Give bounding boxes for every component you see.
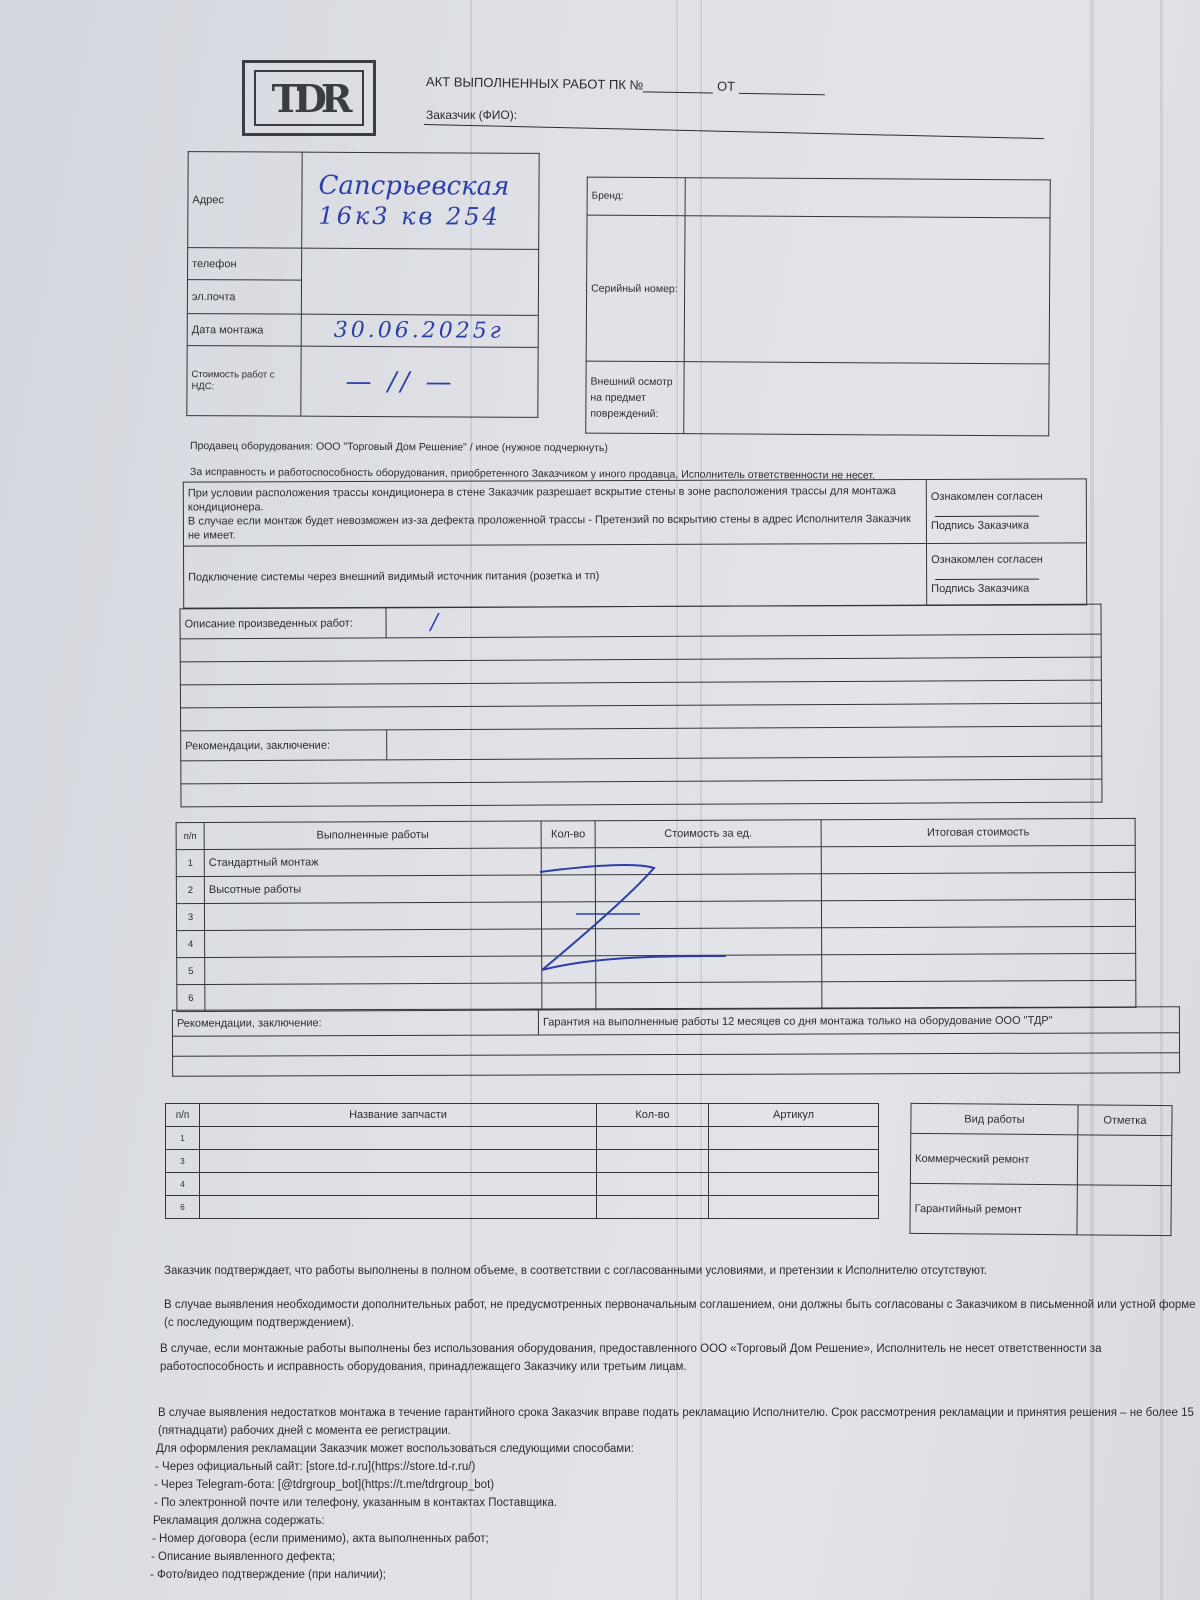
total-cost-cell[interactable]: [821, 845, 1135, 873]
customer-label: Заказчик (ФИО):: [426, 108, 517, 122]
claim-content-intro: Рекламация должна содержать:: [153, 1512, 1193, 1530]
document-page: TDR АКТ ВЫПОЛНЕННЫХ РАБОТ ПК № ОТ Заказч…: [0, 0, 1200, 1600]
serial-label: Серийный номер:: [586, 215, 685, 362]
handwritten-z-mark: [536, 860, 736, 980]
signature-line[interactable]: [935, 579, 1039, 580]
col-header-total-cost: Итоговая стоимость: [821, 818, 1135, 846]
company-logo: TDR: [242, 60, 376, 136]
work-type-table: Вид работы Отметка Коммерческий ремонт Г…: [909, 1103, 1172, 1236]
commercial-repair-label: Коммерческий ремонт: [910, 1133, 1077, 1184]
third-party-equipment-paragraph: В случае, если монтажные работы выполнен…: [160, 1340, 1200, 1376]
part-name-cell[interactable]: [200, 1196, 597, 1219]
act-date-field[interactable]: [739, 81, 825, 95]
parts-row: 1: [166, 1127, 879, 1150]
final-recommendations-label: Рекомендации, заключение:: [172, 1009, 538, 1036]
cost-label: Стоимость работ с НДС:: [187, 346, 301, 417]
part-name-cell[interactable]: [200, 1127, 597, 1150]
part-article-cell[interactable]: [709, 1150, 879, 1173]
works-description-label: Описание произведенных работ:: [180, 608, 386, 639]
condition-2-signature[interactable]: Ознакомлен согласен Подпись Заказчика: [927, 543, 1087, 606]
recommendations-line[interactable]: [181, 779, 1102, 807]
col-header-qty: Кол-во: [541, 821, 595, 848]
part-article-cell[interactable]: [709, 1196, 879, 1219]
parts-col-article: Артикул: [709, 1104, 879, 1127]
warranty-note: Гарантия на выполненные работы 12 месяце…: [538, 1007, 1179, 1035]
email-label: эл.почта: [187, 280, 301, 315]
cost-field[interactable]: — // —: [301, 346, 538, 417]
part-qty-cell[interactable]: [597, 1173, 709, 1196]
parts-col-num: п/п: [166, 1104, 200, 1127]
row-number: 6: [166, 1196, 200, 1219]
part-article-cell[interactable]: [709, 1173, 879, 1196]
row-number: 6: [177, 984, 205, 1011]
row-number: 3: [176, 903, 204, 930]
work-description-table: Описание произведенных работ: / Рекоменд…: [179, 604, 1102, 808]
row-number: 2: [176, 876, 204, 903]
conditions-table: При условии расположения трассы кондицио…: [183, 478, 1087, 608]
work-name-cell[interactable]: Стандартный монтаж: [204, 848, 541, 876]
unit-cost-cell[interactable]: [596, 982, 822, 1010]
logo-text: TDR: [254, 70, 364, 126]
claim-method-telegram: - Через Telegram-бота: [@tdrgroup_bot](h…: [154, 1476, 1194, 1494]
part-qty-cell[interactable]: [597, 1150, 709, 1173]
act-number-field[interactable]: [643, 79, 713, 93]
claim-content-photo: - Фото/видео подтверждение (при наличии)…: [150, 1566, 1190, 1584]
row-number: 1: [166, 1127, 200, 1150]
commercial-repair-mark[interactable]: [1077, 1135, 1171, 1186]
total-cost-cell[interactable]: [821, 872, 1135, 900]
claim-method-email-phone: - По электронной почте или телефону, ука…: [154, 1494, 1194, 1512]
work-type-col: Вид работы: [911, 1103, 1078, 1134]
equipment-table: Бренд: Серийный номер: Внешний осмотр на…: [585, 177, 1051, 437]
phone-email-field[interactable]: [301, 248, 538, 315]
brand-field[interactable]: [685, 178, 1050, 218]
additional-works-paragraph: В случае выявления необходимости дополни…: [164, 1296, 1200, 1332]
condition-wall-opening: При условии расположения трассы кондицио…: [183, 479, 926, 546]
customer-info-table: Адрес Сапсрьевская 16к3 кв 254 телефон э…: [186, 151, 539, 418]
col-header-num: п/п: [176, 822, 204, 849]
works-description-field[interactable]: /: [386, 604, 1101, 638]
confirmation-paragraph: Заказчик подтверждает, что работы выполн…: [164, 1262, 1200, 1280]
row-number: 4: [166, 1173, 200, 1196]
install-date-value: 30.06.2025г: [306, 318, 504, 344]
col-header-work: Выполненные работы: [204, 821, 541, 849]
total-cost-cell[interactable]: [822, 980, 1136, 1008]
total-cost-cell[interactable]: [822, 926, 1136, 954]
parts-row: 4: [166, 1173, 879, 1196]
address-line-1: Сапсрьевская: [306, 170, 534, 201]
claim-method-site: - Через официальный сайт: [store.td-r.ru…: [155, 1458, 1195, 1476]
recommendations-label: Рекомендации, заключение:: [181, 730, 387, 761]
warranty-table: Рекомендации, заключение: Гарантия на вы…: [172, 1006, 1180, 1077]
condition-1-signature[interactable]: Ознакомлен согласен Подпись Заказчика: [926, 479, 1086, 544]
claim-content-contract: - Номер договора (если применимо), акта …: [152, 1530, 1192, 1548]
address-field[interactable]: Сапсрьевская 16к3 кв 254: [302, 152, 539, 249]
row-number: 4: [177, 930, 205, 957]
address-line-2: 16к3 кв 254: [306, 200, 534, 231]
work-name-cell[interactable]: [205, 956, 542, 984]
work-name-cell[interactable]: [205, 929, 542, 957]
recommendations-field[interactable]: [387, 726, 1102, 760]
warranty-repair-label: Гарантийный ремонт: [910, 1183, 1077, 1234]
claim-methods-intro: Для оформления рекламации Заказчик может…: [156, 1440, 1196, 1458]
recommendations-line[interactable]: [173, 1053, 1180, 1077]
qty-cell[interactable]: [542, 983, 596, 1010]
claims-paragraph: В случае выявления недостатков монтажа в…: [158, 1404, 1198, 1440]
row-number: 5: [177, 957, 205, 984]
title-text: АКТ ВЫПОЛНЕННЫХ РАБОТ ПК №: [426, 74, 644, 92]
row-number: 1: [176, 849, 204, 876]
work-name-cell[interactable]: [204, 902, 541, 930]
claim-content-defect: - Описание выявленного дефекта;: [151, 1548, 1191, 1566]
col-header-unit-cost: Стоимость за ед.: [595, 820, 821, 848]
phone-label: телефон: [188, 248, 302, 281]
parts-row: 6: [166, 1196, 879, 1219]
inspection-label: Внешний осмотр на предмет повреждений:: [586, 361, 684, 434]
serial-field[interactable]: [684, 216, 1050, 364]
work-name-cell[interactable]: [205, 983, 542, 1011]
part-name-cell[interactable]: [200, 1150, 597, 1173]
part-qty-cell[interactable]: [597, 1127, 709, 1150]
customer-name-field[interactable]: [424, 124, 1044, 139]
from-label: ОТ: [717, 79, 735, 94]
spare-parts-table: п/п Название запчасти Кол-во Артикул 134…: [165, 1103, 879, 1219]
address-label: Адрес: [188, 152, 303, 249]
seller-line: Продавец оборудования: ООО "Торговый Дом…: [190, 440, 608, 454]
part-qty-cell[interactable]: [597, 1196, 709, 1219]
work-name-cell[interactable]: Высотные работы: [204, 875, 541, 903]
cost-value: — // —: [305, 366, 455, 397]
install-date-field[interactable]: 30.06.2025г: [301, 314, 538, 347]
inspection-field[interactable]: [684, 362, 1049, 436]
part-name-cell[interactable]: [200, 1173, 597, 1196]
warranty-repair-mark[interactable]: [1077, 1185, 1171, 1236]
row-number: 3: [166, 1150, 200, 1173]
condition-power-source: Подключение системы через внешний видимы…: [184, 543, 927, 608]
parts-col-name: Название запчасти: [200, 1104, 597, 1127]
install-date-label: Дата монтажа: [187, 314, 301, 347]
parts-col-qty: Кол-во: [597, 1104, 709, 1127]
parts-row: 3: [166, 1150, 879, 1173]
mark-col: Отметка: [1078, 1105, 1172, 1136]
document-title: АКТ ВЫПОЛНЕННЫХ РАБОТ ПК № ОТ: [426, 74, 825, 95]
part-article-cell[interactable]: [709, 1127, 879, 1150]
total-cost-cell[interactable]: [821, 899, 1135, 927]
signature-line[interactable]: [935, 516, 1039, 517]
brand-label: Бренд:: [587, 177, 685, 216]
total-cost-cell[interactable]: [822, 953, 1136, 981]
